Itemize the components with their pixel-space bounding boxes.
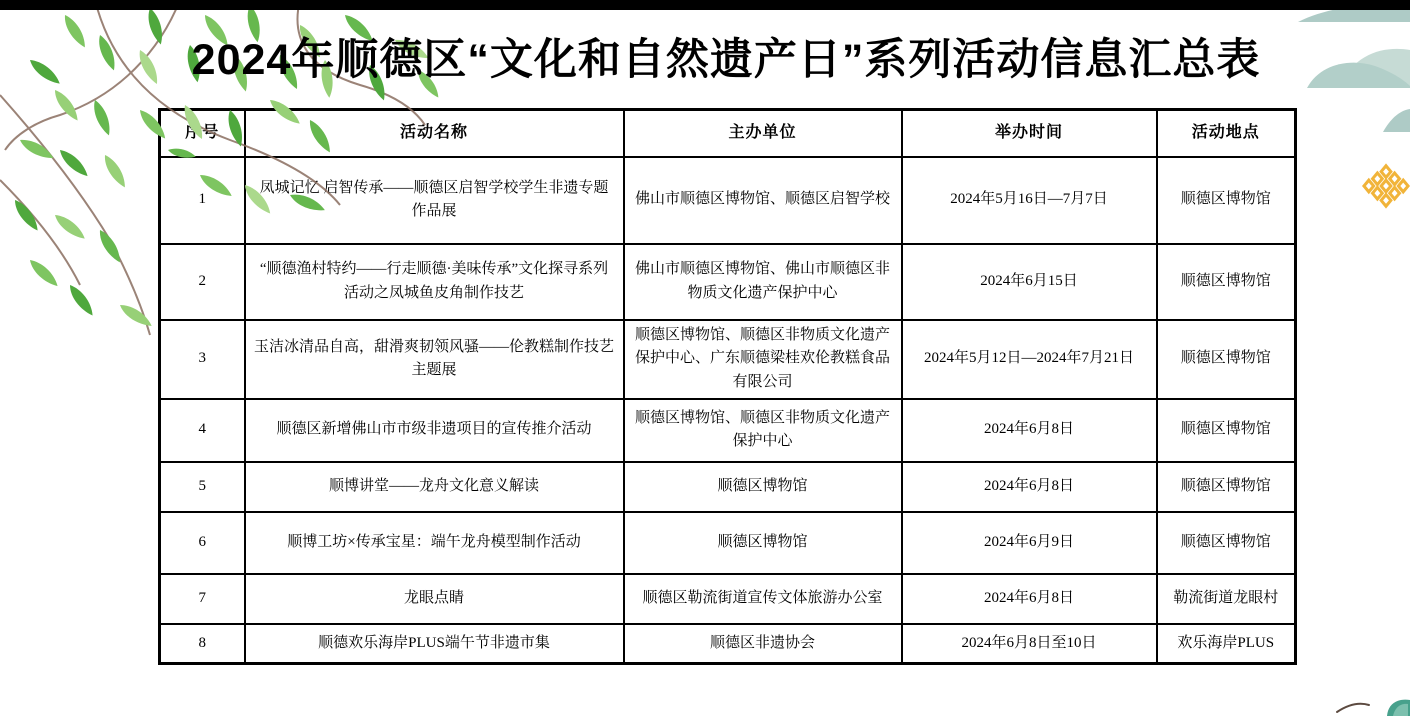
time-cell: 2024年6月9日 [902, 512, 1157, 574]
table-row: 4 顺德区新增佛山市市级非遗项目的宣传推介活动 顺德区博物馆、顺德区非物质文化遗… [160, 399, 1296, 462]
table-row: 5 顺博讲堂——龙舟文化意义解读 顺德区博物馆 2024年6月8日 顺德区博物馆 [160, 462, 1296, 512]
table-row: 7 龙眼点睛 顺德区勒流街道宣传文体旅游办公室 2024年6月8日 勒流街道龙眼… [160, 574, 1296, 624]
organizer-cell: 顺德区博物馆、顺德区非物质文化遗产保护中心、广东顺德梁桂欢伦教糕食品有限公司 [624, 320, 902, 399]
time-cell: 2024年5月12日—2024年7月21日 [902, 320, 1157, 399]
table-row: 8 顺德欢乐海岸PLUS端午节非遗市集 顺德区非遗协会 2024年6月8日至10… [160, 624, 1296, 664]
organizer-cell: 顺德区博物馆 [624, 462, 902, 512]
top-letterbox-bar [0, 0, 1410, 10]
organizer-cell: 顺德区博物馆 [624, 512, 902, 574]
location-cell: 顺德区博物馆 [1157, 512, 1296, 574]
location-cell: 顺德区博物馆 [1157, 244, 1296, 320]
location-cell: 勒流街道龙眼村 [1157, 574, 1296, 624]
row-number-cell: 4 [160, 399, 245, 462]
organizer-cell: 佛山市顺德区博物馆、佛山市顺德区非物质文化遗产保护中心 [624, 244, 902, 320]
time-cell: 2024年6月8日 [902, 574, 1157, 624]
row-number-cell: 6 [160, 512, 245, 574]
activity-name-cell: 顺博工坊×传承宝星：端午龙舟模型制作活动 [245, 512, 624, 574]
cloud-motif-icon [1280, 0, 1410, 140]
row-number-cell: 7 [160, 574, 245, 624]
location-cell: 顺德区博物馆 [1157, 399, 1296, 462]
activity-name-cell: 顺德区新增佛山市市级非遗项目的宣传推介活动 [245, 399, 624, 462]
header-organizer: 主办单位 [624, 110, 902, 157]
location-cell: 顺德区博物馆 [1157, 320, 1296, 399]
time-cell: 2024年6月15日 [902, 244, 1157, 320]
diamond-lattice-icon [1358, 158, 1410, 214]
organizer-cell: 顺德区非遗协会 [624, 624, 902, 664]
organizer-cell: 顺德区博物馆、顺德区非物质文化遗产保护中心 [624, 399, 902, 462]
location-cell: 顺德区博物馆 [1157, 157, 1296, 244]
location-cell: 顺德区博物馆 [1157, 462, 1296, 512]
organizer-cell: 佛山市顺德区博物馆、顺德区启智学校 [624, 157, 902, 244]
slide-canvas: { "page": { "title": "2024年顺德区“文化和自然遗产日”… [0, 0, 1410, 716]
organizer-cell: 顺德区勒流街道宣传文体旅游办公室 [624, 574, 902, 624]
wave-corner-icon [1335, 696, 1410, 716]
activity-name-cell: 顺博讲堂——龙舟文化意义解读 [245, 462, 624, 512]
location-cell: 欢乐海岸PLUS [1157, 624, 1296, 664]
page-title: 2024年顺德区“文化和自然遗产日”系列活动信息汇总表 [158, 26, 1294, 87]
activity-name-cell: 顺德欢乐海岸PLUS端午节非遗市集 [245, 624, 624, 664]
table-row: 6 顺博工坊×传承宝星：端午龙舟模型制作活动 顺德区博物馆 2024年6月9日 … [160, 512, 1296, 574]
time-cell: 2024年6月8日 [902, 462, 1157, 512]
time-cell: 2024年6月8日至10日 [902, 624, 1157, 664]
header-location: 活动地点 [1157, 110, 1296, 157]
time-cell: 2024年5月16日—7月7日 [902, 157, 1157, 244]
activity-name-cell: 龙眼点睛 [245, 574, 624, 624]
row-number-cell: 5 [160, 462, 245, 512]
row-number-cell: 8 [160, 624, 245, 664]
header-time: 举办时间 [902, 110, 1157, 157]
time-cell: 2024年6月8日 [902, 399, 1157, 462]
